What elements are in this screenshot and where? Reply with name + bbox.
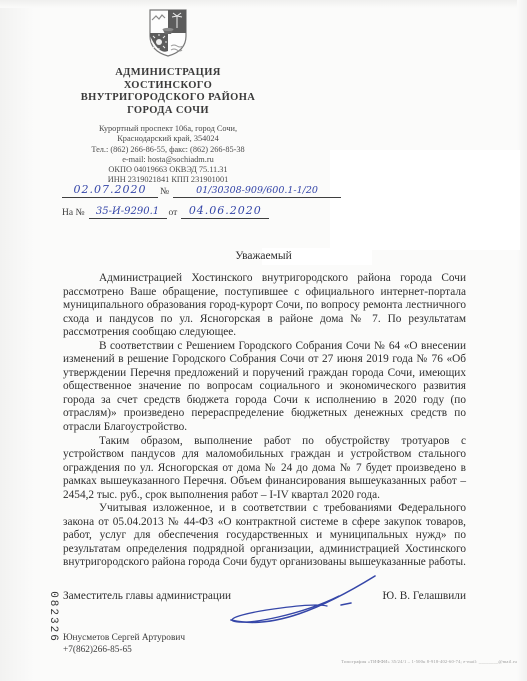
- paragraph-3: Таким образом, выполнение работ по обуст…: [63, 435, 466, 503]
- paragraph-1: Администрацией Хостинского внутригородск…: [63, 272, 466, 340]
- scan-shading-top-edge: [0, 0, 527, 8]
- salutation: Уважаемый: [0, 250, 527, 262]
- letter-body: Администрацией Хостинского внутригородск…: [63, 272, 466, 604]
- signoff-row: Заместитель главы администрации Ю. В. Ге…: [63, 590, 466, 604]
- reference-block: 02.07.2020 № 01/30308-909/600.1-1/20 На …: [62, 183, 342, 225]
- org-address: Курортный проспект 106а, город Сочи, Кра…: [38, 124, 298, 186]
- org-name-line: ГОРОДА СОЧИ: [38, 105, 298, 118]
- org-name: АДМИНИСТРАЦИЯ ХОСТИНСКОГО ВНУТРИГОРОДСКО…: [38, 67, 298, 117]
- print-house-footnote: Типография «ТИФФИ» 35/24/1 – 1-500к 8-91…: [341, 659, 517, 664]
- executor-name: Юнусметов Сергей Артурович: [63, 633, 185, 645]
- signer-name: Ю. В. Гелашвили: [382, 590, 466, 604]
- executor-phone: +7(862)266-85-65: [63, 645, 185, 657]
- executor-contact: Юнусметов Сергей Артурович +7(862)266-85…: [63, 633, 185, 656]
- signature-ink: [223, 568, 383, 635]
- from-label: от: [169, 208, 178, 218]
- paragraph-2: В соответствии с Решением Городского Соб…: [63, 340, 466, 435]
- org-name-line: ХОСТИНСКОГО: [38, 80, 298, 93]
- redacted-recipient-block: [330, 150, 520, 250]
- address-line: Курортный проспект 106а, город Сочи,: [38, 124, 298, 134]
- paragraph-4: Учитывая изложенное, и в соответствии с …: [63, 502, 466, 570]
- incoming-date-handwritten: 04.06.2020: [181, 204, 269, 219]
- address-line: e-mail: hosta@sochiadm.ru: [38, 155, 298, 165]
- org-name-line: АДМИНИСТРАЦИЯ: [38, 67, 298, 80]
- address-line: Тел.: (862) 266-86-55, факс: (862) 266-8…: [38, 145, 298, 155]
- registration-stamp-number: 082326: [20, 604, 86, 630]
- org-name-line: ВНУТРИГОРОДСКОГО РАЙОНА: [38, 92, 298, 105]
- address-line: ОКПО 04019663 ОКВЭД 75.11.31: [38, 165, 298, 175]
- outgoing-date-handwritten: 02.07.2020: [62, 183, 158, 198]
- number-sign-label: №: [160, 187, 169, 197]
- sochi-khosta-coat-of-arms-icon: [147, 8, 189, 63]
- outgoing-ref-line: 02.07.2020 № 01/30308-909/600.1-1/20: [62, 183, 342, 198]
- letterhead: АДМИНИСТРАЦИЯ ХОСТИНСКОГО ВНУТРИГОРОДСКО…: [38, 8, 298, 186]
- scan-shading-left-edge: [0, 0, 34, 681]
- outgoing-number-handwritten: 01/30308-909/600.1-1/20: [173, 185, 341, 198]
- address-line: Краснодарский край, 354024: [38, 134, 298, 144]
- reply-to-label: На №: [62, 208, 85, 218]
- scan-shading-right-edge: [517, 0, 527, 681]
- signer-position: Заместитель главы администрации: [63, 590, 231, 604]
- incoming-ref-line: На № 35-И-9290.1 от 04.06.2020: [62, 204, 342, 219]
- incoming-number-handwritten: 35-И-9290.1: [89, 206, 167, 219]
